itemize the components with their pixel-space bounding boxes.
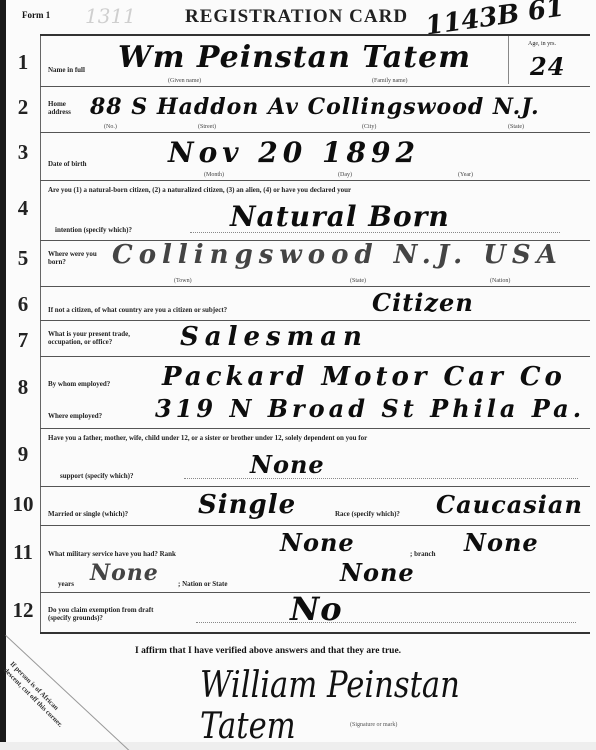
field-number: 4 [8,196,38,221]
answer-line [184,478,578,479]
divider [40,632,590,634]
age-value: 24 [530,52,565,81]
exemption-value: No [290,590,343,628]
race-value: Caucasian [436,490,583,519]
name-label: Name in full [48,66,85,74]
divider [40,86,590,87]
marital-value: Single [198,490,296,520]
family-name-sublabel: (Family name) [372,78,408,84]
divider [40,286,590,287]
day-sublabel: (Day) [338,172,352,178]
answer-line [196,622,576,623]
marital-label: Married or single (which)? [48,510,128,518]
affirmation-text: I affirm that I have verified above answ… [135,646,401,656]
card-title: REGISTRATION CARD [185,6,408,28]
month-sublabel: (Month) [204,172,224,178]
signature: William Peinstan Tatem [200,665,537,747]
citizenship-label: intention (specify which)? [55,226,132,234]
dependents-question: Have you a father, mother, wife, child u… [48,434,588,442]
divider [40,180,590,181]
divider [40,356,590,357]
registration-card: Form 1 1311 REGISTRATION CARD 1143B 61 1… [0,0,596,750]
citizenship-question: Are you (1) a natural-born citizen, (2) … [48,186,588,194]
address-label: Home address [48,100,88,116]
field-number: 10 [8,492,38,517]
occupation-label: What is your present trade, occupation, … [48,330,158,346]
faint-number: 1311 [85,4,136,28]
address-no-sublabel: (No.) [104,124,117,130]
address-city-sublabel: (City) [362,124,376,130]
field-number: 12 [8,598,38,623]
exemption-label: Do you claim exemption from draft (speci… [48,606,178,622]
field-number: 7 [8,328,38,353]
rank-value: None [280,528,355,557]
dependents-label: support (specify which)? [60,472,134,480]
branch-label: ; branch [410,550,435,558]
occupation-value: Salesman [180,322,368,352]
town-sublabel: (Town) [174,278,192,284]
citizenship-value: Natural Born [230,200,450,233]
given-name-sublabel: (Given name) [168,78,201,84]
year-sublabel: (Year) [458,172,473,178]
state-sublabel: (State) [350,278,366,284]
divider [40,428,590,429]
address-street-sublabel: (Street) [198,124,216,130]
address-state-sublabel: (State) [508,124,524,130]
nation-state-label: ; Nation or State [178,580,227,588]
years-value: None [90,560,159,586]
divider [40,486,590,487]
field-number: 3 [8,140,38,165]
age-label: Age, in yrs. [528,40,556,48]
field-number: 8 [8,375,38,400]
branch-value: None [464,528,539,557]
field-number: 9 [8,442,38,467]
birthplace-label: Where were you born? [48,250,108,266]
dob-label: Date of birth [48,160,87,168]
divider [40,320,590,321]
corner-note: If person is of African descent, cut off… [1,660,77,736]
dob-value: Nov 20 1892 [168,136,420,169]
nation-state-value: None [340,558,415,587]
work-location-value: 319 N Broad St Phila Pa. [155,394,585,423]
field-number: 11 [8,540,38,565]
scan-edge-left [0,0,6,750]
signature-sublabel: (Signature or mark) [350,722,397,728]
country-value: Citizen [372,288,474,317]
margin-divider [40,36,41,632]
name-value: Wm Peinstan Tatem [118,40,471,75]
dependents-value: None [250,450,325,479]
nation-sublabel: (Nation) [490,278,510,284]
field-number: 1 [8,50,38,75]
field-number: 2 [8,95,38,120]
years-label: years [58,580,74,588]
rank-label: What military service have you had? Rank [48,550,176,558]
divider [40,525,590,526]
field-number: 6 [8,292,38,317]
form-number: Form 1 [22,10,50,20]
field-number: 5 [8,246,38,271]
employer-label: By whom employed? [48,380,110,388]
divider [40,132,590,133]
birthplace-value: Collingswood N.J. USA [112,240,563,270]
address-value: 88 S Haddon Av Collingswood N.J. [90,94,540,120]
work-location-label: Where employed? [48,412,102,420]
country-label: If not a citizen, of what country are yo… [48,306,227,314]
race-label: Race (specify which)? [335,510,400,518]
employer-value: Packard Motor Car Co [162,362,566,392]
